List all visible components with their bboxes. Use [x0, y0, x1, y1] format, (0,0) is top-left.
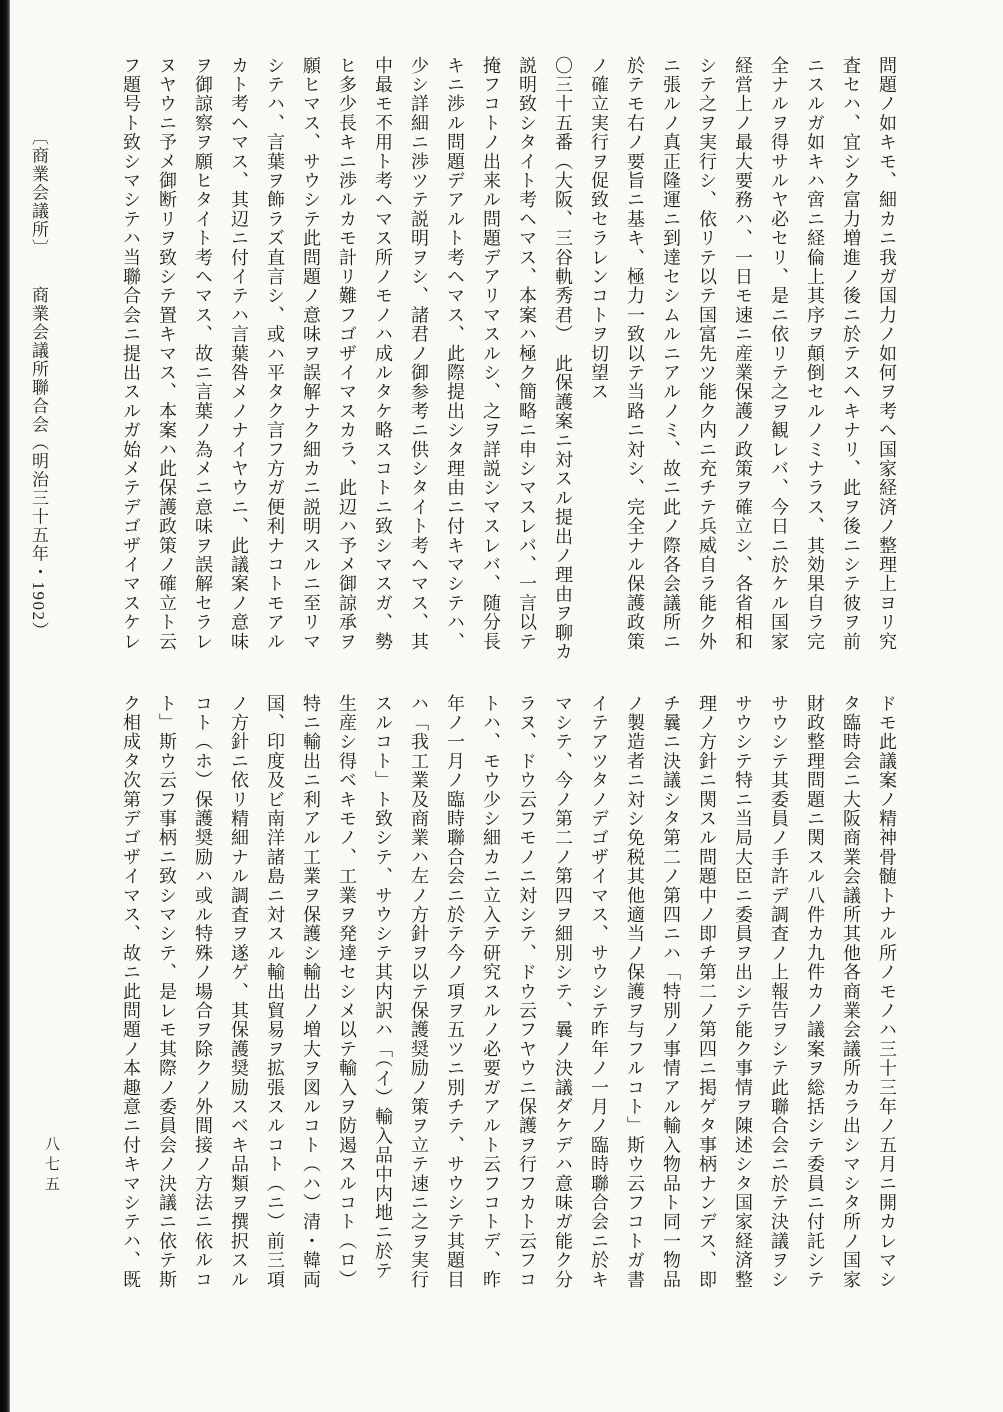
text-column: 国、印度及ビ南洋諸島ニ対スル輸出貿易ヲ拡張スルコト（ニ）前三項 — [257, 694, 293, 1319]
margin-running-title: 〔商業会議所〕商業会議所聯合会（明治三十五年・1902） — [26, 128, 51, 648]
text-column: 於テモ右ノ要旨ニ基キ、極力一致以テ当路ニ対シ、完全ナル保護政策 — [617, 56, 653, 681]
text-column: シテハ、言葉ヲ飾ラズ直言シ、或ハ平タク言フ方ガ便利ナコトモアル — [257, 56, 293, 681]
text-column: ニ張ルノ真正隆運ニ到達セシムルニアルノミ、故ニ此ノ際各会議所ニ — [653, 56, 689, 681]
body-text-block-top: 問題ノ如キモ、細カニ我ガ国力ノ如何ヲ考ヘ国家経済ノ整理上ヨリ究 査セハ、宜シク富… — [113, 56, 905, 681]
text-column: トハ、モウ少シ細カニ立入テ研究スルノ必要ガアルト云フコトデ、昨 — [473, 694, 509, 1319]
text-column: タ臨時会ニ大阪商業会議所其他各商業会議所カラ出シマシタ所ノ国家 — [833, 694, 869, 1319]
text-column: ノ確立実行ヲ促致セラレンコトヲ切望ス — [581, 56, 617, 681]
section-label: 〔商業会議所〕 — [29, 128, 48, 258]
publication-title: 商業会議所聯合会 — [29, 286, 48, 434]
page-number: 八七五 — [41, 1136, 62, 1196]
text-column: マシテ、今ノ第二ノ第四ヲ細別シテ、曩ノ決議ダケデハ意味ガ能ク分 — [545, 694, 581, 1319]
text-column: フ題号ト致シマシテハ当聯合会ニ提出スルガ始メテデゴザイマスケレ — [113, 56, 149, 681]
text-column: コト（ホ）保護奨励ハ或ル特殊ノ場合ヲ除クノ外間接ノ方法ニ依ルコ — [185, 694, 221, 1319]
text-column: 理ノ方針ニ関スル問題中ノ即チ第二ノ第四ニ掲ゲタ事柄ナンデス、即 — [689, 694, 725, 1319]
text-column: 年ノ一月ノ臨時聯合会ニ於テ今ノ項ヲ五ツニ別チテ、サウシテ其題目 — [437, 694, 473, 1319]
text-column: ハ「我工業及商業ハ左ノ方針ヲ以テ保護奨励ノ策ヲ立テ速ニ之ヲ実行 — [401, 694, 437, 1319]
text-column: 説明致シタイト考ヘマス、本案ハ極ク簡略ニ申シマスレバ、一言以テ — [509, 56, 545, 681]
text-column: スルコト」ト致シテ、サウシテ其内訳ハ「（イ）輸入品中内地ニ於テ — [365, 694, 401, 1319]
text-column: 問題ノ如キモ、細カニ我ガ国力ノ如何ヲ考ヘ国家経済ノ整理上ヨリ究 — [869, 56, 905, 681]
scanned-document-page: 〔商業会議所〕商業会議所聯合会（明治三十五年・1902） 問題ノ如キモ、細カニ我… — [0, 0, 1003, 1412]
text-column: 全ナルヲ得サルヤ必セリ、是ニ依リテ之ヲ観レバ、今日ニ於ケル国家 — [761, 56, 797, 681]
text-column: シテ之ヲ実行シ、依リテ以テ国富先ツ能ク内ニ充チテ兵威自ラ能ク外 — [689, 56, 725, 681]
text-column: 少シ詳細ニ渉ツテ説明ヲシ、諸君ノ御参考ニ供シタイト考ヘマス、其 — [401, 56, 437, 681]
text-column: 経営上ノ最大要務ハ、一日モ速ニ産業保護ノ政策ヲ確立シ、各省相和 — [725, 56, 761, 681]
text-column: ノ方針ニ依リ精細ナル調査ヲ遂ゲ、其保護奨励スベキ品類ヲ撰択スル — [221, 694, 257, 1319]
text-column: 特ニ輸出ニ利アル工業ヲ保護シ輸出ノ増大ヲ図ルコト（ハ）清・韓両 — [293, 694, 329, 1319]
text-column: ク相成タ次第デゴザイマス、故ニ此問題ノ本趣意ニ付キマシテハ、既 — [113, 694, 149, 1319]
text-column: 中最モ不用ト考ヘマス所ノモノハ成ルタケ略スコトニ致シマスガ、勢 — [365, 56, 401, 681]
text-column: ヲ御諒察ヲ願ヒタイト考ヘマス、故ニ言葉ノ為メニ意味ヲ誤解セラレ — [185, 56, 221, 681]
text-column: 掩フコトノ出来ル問題デアリマスルシ、之ヲ詳説シマスレバ、随分長 — [473, 56, 509, 681]
text-column: ノ製造者ニ対シ免税其他適当ノ保護ヲ与フルコト」斯ウ云フコトガ書 — [617, 694, 653, 1319]
text-column: ニスルガ如キハ啻ニ経倫上其序ヲ顛倒セルノミナラス、其効果自ラ完 — [797, 56, 833, 681]
text-column: 生産シ得ベキモノ、工業ヲ発達セシメ以テ輸入ヲ防遏スルコト（ロ） — [329, 694, 365, 1319]
text-column: 査セハ、宜シク富力増進ノ後ニ於テスヘキナリ、此ヲ後ニシテ彼ヲ前 — [833, 56, 869, 681]
text-column: ヌヤウニ予メ御断リヲ致シテ置キマス、本案ハ此保護政策ノ確立ト云 — [149, 56, 185, 681]
text-column: チ曩ニ決議シタ第二ノ第四ニハ「特別ノ事情アル輸入物品ト同一物品 — [653, 694, 689, 1319]
text-column: ラヌ、ドウ云フモノニ対シテ、ドウ云フヤウニ保護ヲ行フカト云フコ — [509, 694, 545, 1319]
text-column: カト考ヘマス、其辺ニ付イテハ言葉咎メノナイヤウニ、此議案ノ意味 — [221, 56, 257, 681]
publication-year: （明治三十五年・1902） — [29, 434, 48, 641]
book-binding-shadow — [0, 0, 10, 1412]
text-column-speaker-heading: 〇三十五番（大阪、三谷軌秀君） 此保護案ニ対スル提出ノ理由ヲ聊カ — [545, 56, 581, 681]
text-column: サウシテ特ニ当局大臣ニ委員ヲ出シテ能ク事情ヲ陳述シタ国家経済整 — [725, 694, 761, 1319]
text-column: 財政整理問題ニ関スル八件カ九件カノ議案ヲ総括シテ委員ニ付託シテ — [797, 694, 833, 1319]
text-column: サウシテ其委員ノ手許デ調査ノ上報告ヲシテ此聯合会ニ於テ決議ヲシ — [761, 694, 797, 1319]
text-column: キニ渉ル問題デアルト考ヘマス、此際提出シタ理由ニ付キマシテハ、 — [437, 56, 473, 681]
text-column: イテアツタノデゴザイマス、サウシテ昨年ノ一月ノ臨時聯合会ニ於キ — [581, 694, 617, 1319]
text-column: ドモ此議案ノ精神骨髄トナル所ノモノハ三十三年ノ五月ニ開カレマシ — [869, 694, 905, 1319]
body-text-block-bottom: ドモ此議案ノ精神骨髄トナル所ノモノハ三十三年ノ五月ニ開カレマシ タ臨時会ニ大阪商… — [113, 694, 905, 1319]
text-column: 願ヒマス、サウシテ此問題ノ意味ヲ誤解ナク細カニ説明スルニ至リマ — [293, 56, 329, 681]
text-column: ヒ多少長キニ渉ルカモ計リ難フゴザイマスカラ、此辺ハ予メ御諒承ヲ — [329, 56, 365, 681]
text-column: ト」斯ウ云フ事柄ニ致シマシテ、是レモ其際ノ委員会ノ決議ニ依テ斯 — [149, 694, 185, 1319]
